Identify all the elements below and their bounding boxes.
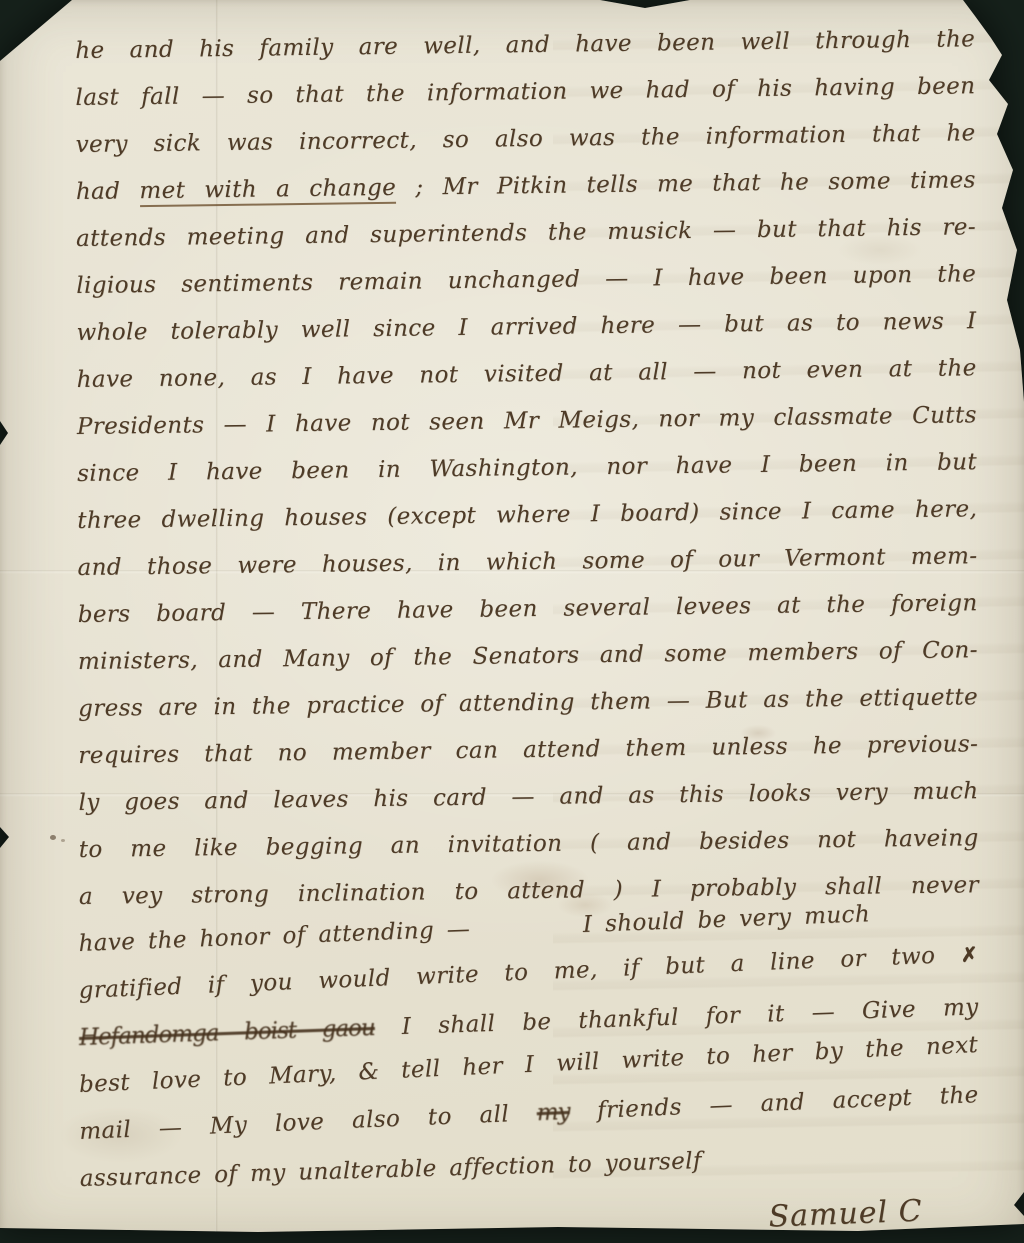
letter-text: whole tolerably well since I arrived her… <box>76 308 976 346</box>
letter-text: friends — and accept the <box>569 1082 979 1125</box>
letter-text: gress are in the practice of attending t… <box>78 684 978 722</box>
letter-text: last fall — so that the information we h… <box>75 73 975 111</box>
letter-text: ; Mr Pitkin tells me that he some times <box>396 167 976 201</box>
letter-text: and those were houses, in which some of … <box>77 543 977 581</box>
letter-text: bers board — There have been several lev… <box>78 590 978 628</box>
letter-text: assurance of my unalterable affection to… <box>79 1148 702 1192</box>
letter-text: three dwelling houses (except where I bo… <box>77 496 977 534</box>
letter-text: Presidents — I have not seen Mr Meigs, n… <box>77 402 977 440</box>
signature: Samuel C <box>768 1191 981 1234</box>
insertion-mark: ✗ <box>960 942 978 967</box>
letter-paper: he and his family are well, and have bee… <box>0 0 1024 1243</box>
letter-text: since I have been in Washington, nor hav… <box>77 449 977 487</box>
letter-text: mail — My love also to all <box>79 1100 538 1145</box>
letter-text: very sick was incorrect, so also was the… <box>76 120 976 158</box>
letter-text: ly goes and leaves his card — and as thi… <box>78 778 978 816</box>
letter-text: ligious sentiments remain unchanged — I … <box>76 261 976 299</box>
letter-text: requires that no member can attend them … <box>78 731 978 769</box>
letter-text: to me like begging an invitation ( and b… <box>79 825 979 863</box>
letter-text: he and his family are well, and have bee… <box>75 26 975 64</box>
crossed-out-text: my <box>536 1099 570 1126</box>
letter-text: ministers, and Many of the Senators and … <box>78 637 978 675</box>
crossed-out-text: Hefandomga boist gaou <box>79 1015 376 1051</box>
letter-body: he and his family are well, and have bee… <box>75 24 980 1234</box>
letter-text: attends meeting and superintends the mus… <box>76 214 976 252</box>
letter-text: have none, as I have not visited at all … <box>77 355 977 393</box>
letter-text: had <box>76 178 140 205</box>
underlined-phrase: met with a change <box>139 175 396 207</box>
scanned-letter: he and his family are well, and have bee… <box>0 0 1024 1243</box>
ink-speck <box>50 835 56 840</box>
